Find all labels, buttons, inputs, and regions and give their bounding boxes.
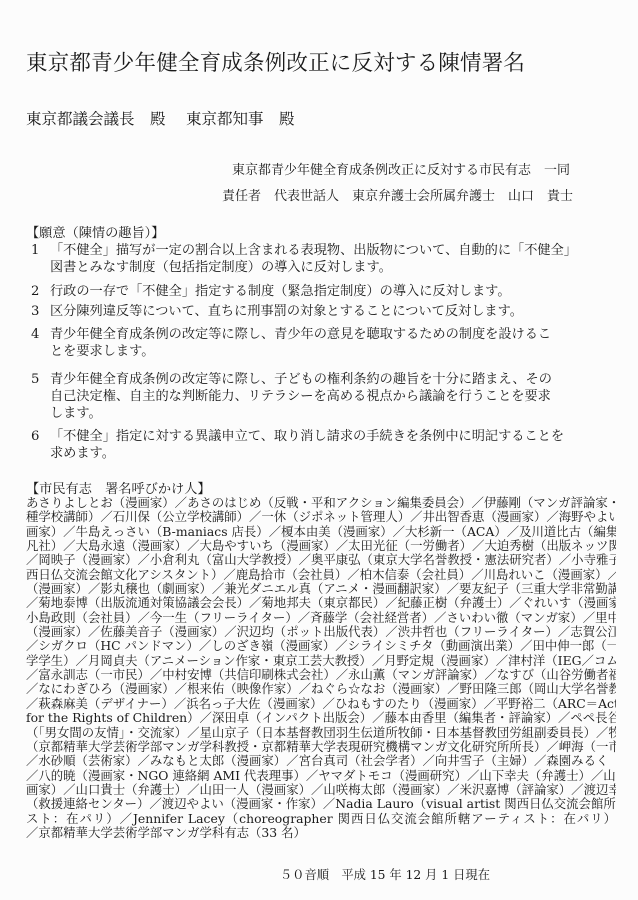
signatories-line: ／岡映子（漫画家）／小倉利丸（富山大学教授）／奥平康弘（東京大学名誉教授・憲法研… — [26, 553, 616, 567]
signatories-line: ／富永訓志（一市民）／中村安博（共信印刷株式会社）／永山薫（マンガ評論家）／なす… — [26, 668, 616, 682]
signatories-line: 学学生）／月岡貞夫（アニメーション作家・東京工芸大教授）／月野定規（漫画家）／津… — [26, 654, 616, 668]
signatories-line: ／なにわぎひろ（漫画家）／根来佑（映像作家）／ねぐら☆なお（漫画家）／野田隆三郎… — [26, 682, 616, 696]
signatories-heading: 【市民有志 署名呼びかけ人】 — [26, 478, 211, 497]
signatories-line: ／水砂順（芸術家）／みなもと太郎（漫画家）／宮台真司（社会学者）／向井雪子（主婦… — [26, 754, 616, 768]
item-text-line: 区分陳列違反等について、直ちに刑事罰の対象とすることについて反対します。 — [50, 303, 630, 320]
signatories-line: ／八的暁（漫画家・NGO 連絡網 AMI 代表理事）／ヤマダトモコ（漫画研究）／… — [26, 769, 616, 783]
item-text-line: 自己決定権、自主的な判断能力、リテラシーを高める視点から議論を行うことを要求 — [50, 388, 630, 405]
signatories-line: for the Rights of Children）／深田卓（インパクト出版会… — [26, 711, 616, 725]
item-number: 6 — [31, 428, 39, 445]
signatories-list: あさりよしとお（漫画家）／あさのはじめ（反戦・平和アクション編集委員会）／伊藤剛… — [26, 496, 618, 840]
petition-heading: 【願意（陳情の趣旨）】 — [26, 222, 164, 241]
item-number: 3 — [31, 303, 39, 320]
signatories-line: （漫画家）／影丸穣也（劇画家）／兼光ダニエル真（アニメ・漫画翻訳家）／要友紀子（… — [26, 582, 616, 596]
signatories-line: 凡社）／大島永遠（漫画家）／大島やすいち（漫画家）／太田光征（一労働者）／大迫秀… — [26, 539, 616, 553]
item-text-line: 「不健全」描写が一定の割合以上含まれる表現物、出版物について、自動的に「不健全」 — [50, 242, 630, 259]
signatories-line: ／シガクロ（HC パンドマン）／しのざき嶺（漫画家）／シライシミチタ（動画演出業… — [26, 639, 616, 653]
item-number: 4 — [31, 326, 39, 343]
item-number: 5 — [31, 371, 39, 388]
item-text-line: 図書とみなす制度（包括指定制度）の導入に反対します。 — [50, 259, 630, 276]
item-text-line: 青少年健全育成条例の改定等に際し、子どもの権利条約の趣旨を十分に踏まえ、その — [50, 371, 630, 388]
signatories-line: ／萩森麻美（デザイナー）／浜名っ子大佐（漫画家）／ひねもすのたり（漫画家）／平野… — [26, 697, 616, 711]
document-title: 東京都青少年健全育成条例改正に反対する陳情署名 — [26, 46, 525, 77]
signatories-line: 画家）／牛島えっさい（B-maniacs 店長）／榎本由美（漫画家）／大杉新一（… — [26, 525, 616, 539]
signatories-line: （救援連絡センター）／渡辺やよい（漫画家・作家）／Nadia Lauro（vis… — [26, 797, 616, 811]
signatories-line: ／京都精華大学芸術学部マンガ学科有志（33 名） — [26, 826, 616, 840]
signatories-line: 種学校講師）／石川保（公立学校講師）／一休（ジポネット管理人）／井出智香恵（漫画… — [26, 510, 616, 524]
item-text-line: とを要求します。 — [50, 343, 630, 360]
signatories-line: スト：在パリ）／Jennifer Lacey（choreographer 関西日… — [26, 812, 616, 826]
item-text-line: します。 — [50, 405, 630, 422]
addressee-governor: 東京都知事 殿 — [186, 107, 295, 129]
signatories-line: （「男女間の友情」・交流家）／星山京子（日本基督教団羽生伝道所牧師・日本基督教団… — [26, 726, 616, 740]
signatories-line: （京都精華大学芸術学部マンガ学科教授・京都精華大学表現研究機構マンガ文化研究所所… — [26, 740, 616, 754]
item-text-line: 行政の一存で「不健全」指定する制度（緊急指定制度）の導入に反対します。 — [50, 283, 630, 300]
item-text-line: 青少年健全育成条例の改定等に際し、青少年の意見を聴取するための制度を設けるこ — [50, 326, 630, 343]
signatories-line: あさりよしとお（漫画家）／あさのはじめ（反戦・平和アクション編集委員会）／伊藤剛… — [26, 496, 616, 510]
item-number: 2 — [31, 283, 39, 300]
petition-item-1: 1 「不健全」描写が一定の割合以上含まれる表現物、出版物について、自動的に「不健… — [26, 242, 616, 276]
signatories-line: 小島政則（会社員）／今一生（フリーライター）／斉藤学（会社経営者）／さいわい徹（… — [26, 611, 616, 625]
petitioner-group: 東京都青少年健全育成条例改正に反対する市民有志 一同 — [232, 159, 498, 178]
item-number: 1 — [31, 242, 39, 259]
addressee-assembly-chair: 東京都議会議長 殿 — [26, 107, 166, 129]
signatories-line: 西日仏交流会館文化アシスタント）／鹿島拾市（会社員）／柏木信泰（会社員）／川島れ… — [26, 568, 616, 582]
signatories-line: 画家）／山口貴士（弁護士）／山田一人（漫画家）／山咲梅太郎（漫画家）／米沢嘉博（… — [26, 783, 616, 797]
order-and-date-note: ５０音順 平成 15 年 12 月 1 日現在 — [280, 865, 490, 883]
item-text-line: 求めます。 — [50, 445, 630, 462]
signatories-line: （漫画家）／佐藤美音子（漫画家）／沢辺均（ポット出版代表）／渋井哲也（フリーライ… — [26, 625, 616, 639]
item-text-line: 「不健全」指定に対する異議申立て、取り消し請求の手続きを条例中に明記することを — [50, 428, 630, 445]
signatories-line: ／菊地泰博（出版流通対策協議会会長）／菊地邦夫（東京都民）／紀藤正樹（弁護士）／… — [26, 596, 616, 610]
responsible-person: 責任者 代表世話人 東京弁護士会所属弁護士 山口 貴士 — [222, 185, 498, 204]
